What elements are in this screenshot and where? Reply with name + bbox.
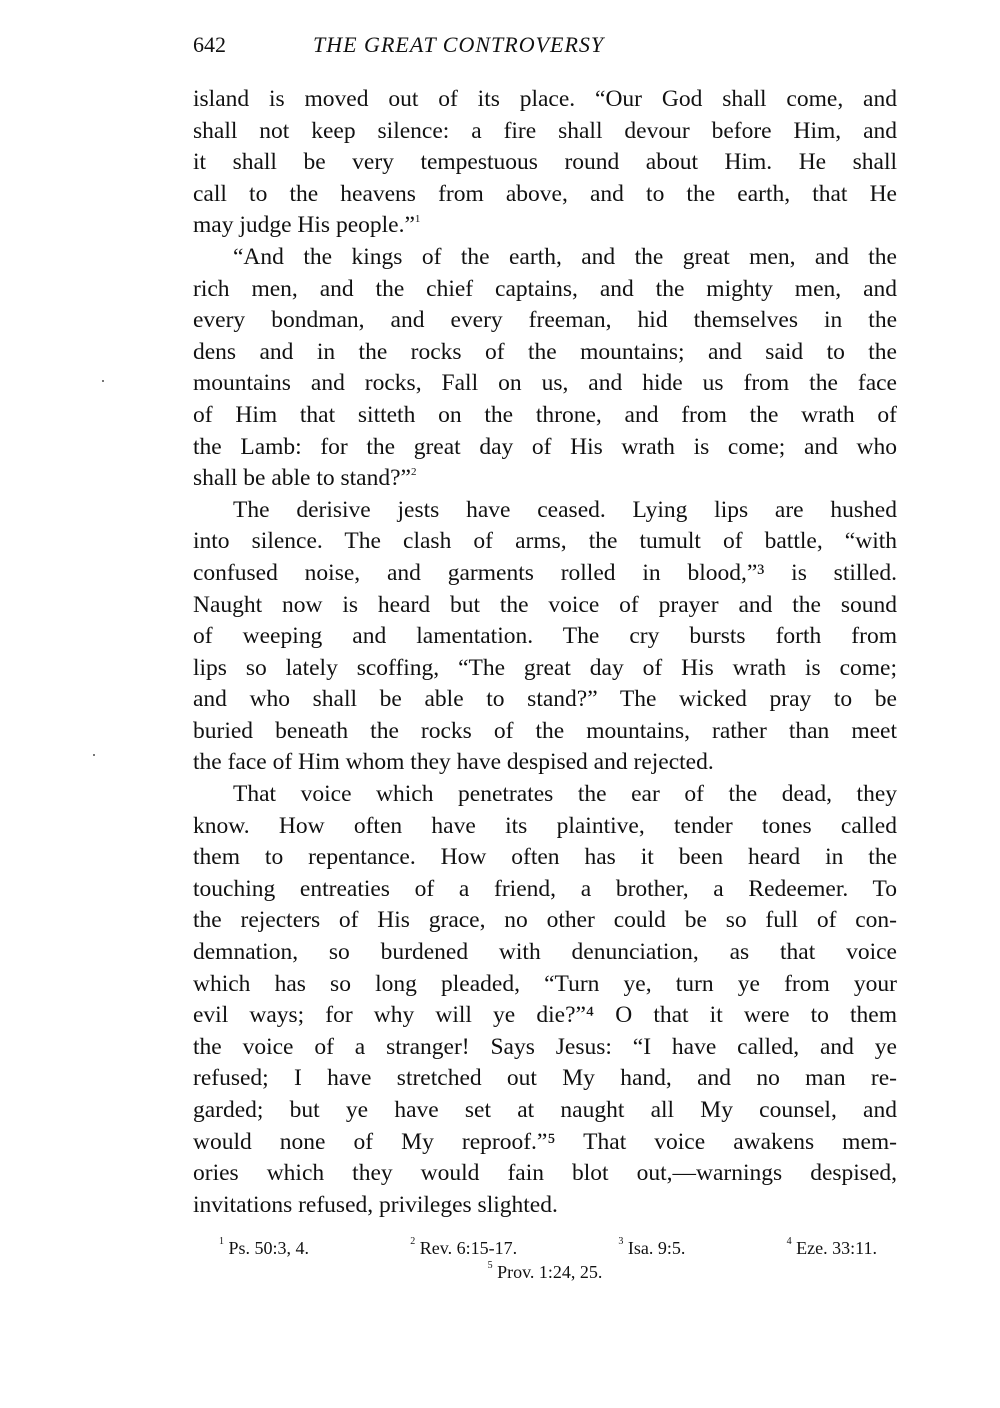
text-line: call to the heavens from above, and to t… [193,179,897,211]
text-line: know. How often have its plaintive, tend… [193,811,897,843]
running-title: THE GREAT CONTROVERSY [313,32,604,58]
text-line: demnation, so burdened with denunciation… [193,937,897,969]
text-line: every bondman, and every freeman, hid th… [193,305,897,337]
text-line: the Lamb: for the great day of His wrath… [193,432,897,464]
text-line: buried beneath the rocks of the mountain… [193,716,897,748]
page-number: 642 [193,32,226,58]
text-line: of Him that sitteth on the throne, and f… [193,400,897,432]
text-line: island is moved out of its place. “Our G… [193,84,897,116]
text-line: into silence. The clash of arms, the tum… [193,526,897,558]
paragraph: The derisive jests have ceased. Lying li… [193,495,897,779]
text-line: them to repentance. How often has it bee… [193,842,897,874]
text-line: which has so long pleaded, “Turn ye, tur… [193,969,897,1001]
text-line: That voice which penetrates the ear of t… [193,779,897,811]
text-line: shall be able to stand?”2 [193,463,897,495]
footnote-row: 1 Ps. 50:3, 4. 2 Rev. 6:15-17. 3 Isa. 9:… [193,1236,897,1260]
footnote-row: 5 Prov. 1:24, 25. [193,1260,897,1284]
text-line: touching entreaties of a friend, a broth… [193,874,897,906]
text-line: the rejecters of His grace, no other cou… [193,905,897,937]
text-line: invitations refused, privileges slighted… [193,1190,897,1222]
paragraph: That voice which penetrates the ear of t… [193,779,897,1221]
text-line: shall not keep silence: a fire shall dev… [193,116,897,148]
footnote-4: 4 Eze. 33:11. [787,1236,877,1260]
text-line: garded; but ye have set at naught all My… [193,1095,897,1127]
text-line: refused; I have stretched out My hand, a… [193,1063,897,1095]
footnote-5: 5 Prov. 1:24, 25. [488,1262,603,1282]
text-line: the face of Him whom they have despised … [193,747,897,779]
text-line: The derisive jests have ceased. Lying li… [193,495,897,527]
footnote-3: 3 Isa. 9:5. [618,1236,685,1260]
text-line: it shall be very tempestuous round about… [193,147,897,179]
text-line: lips so lately scoffing, “The great day … [193,653,897,685]
text-line: “And the kings of the earth, and the gre… [193,242,897,274]
text-line: would none of My reproof.”⁵ That voice a… [193,1127,897,1159]
text-line: the voice of a stranger! Says Jesus: “I … [193,1032,897,1064]
footnote-marker: 1 [415,213,421,225]
text-line: confused noise, and garments rolled in b… [193,558,897,590]
page-body: island is moved out of its place. “Our G… [193,84,897,1221]
text-line: dens and in the rocks of the mountains; … [193,337,897,369]
footnote-1: 1 Ps. 50:3, 4. [219,1236,309,1260]
footnotes: 1 Ps. 50:3, 4. 2 Rev. 6:15-17. 3 Isa. 9:… [193,1236,897,1284]
page-header: 642 THE GREAT CONTROVERSY [193,32,897,62]
paragraph: “And the kings of the earth, and the gre… [193,242,897,495]
footnote-marker: 2 [411,466,417,478]
scan-speck [102,380,104,382]
text-line: may judge His people.”1 [193,210,897,242]
text-line: of weeping and lamentation. The cry burs… [193,621,897,653]
text-line: rich men, and the chief captains, and th… [193,274,897,306]
text-line: evil ways; for why will ye die?”⁴ O that… [193,1000,897,1032]
text-line: and who shall be able to stand?” The wic… [193,684,897,716]
text-line: ories which they would fain blot out,—wa… [193,1158,897,1190]
text-line: Naught now is heard but the voice of pra… [193,590,897,622]
text-line: mountains and rocks, Fall on us, and hid… [193,368,897,400]
scan-speck [93,754,95,756]
paragraph: island is moved out of its place. “Our G… [193,84,897,242]
footnote-2: 2 Rev. 6:15-17. [410,1236,517,1260]
